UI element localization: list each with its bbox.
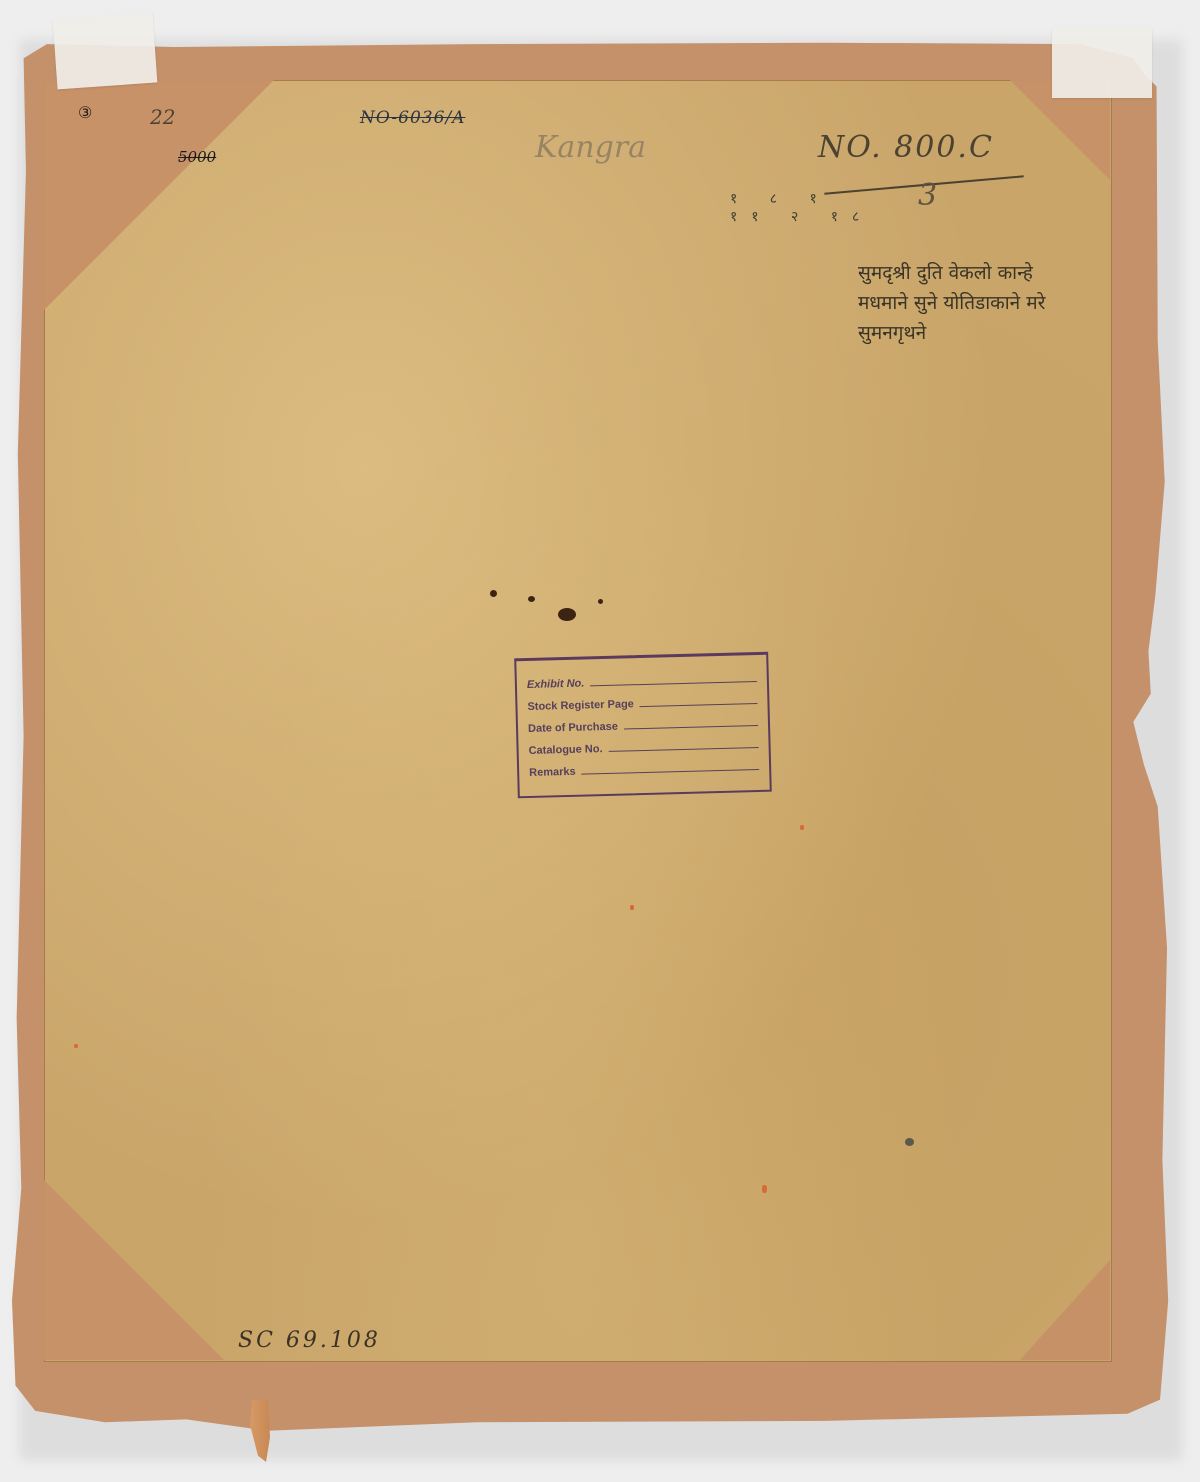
catalog-fraction: 3 — [918, 178, 937, 213]
tape-top-left — [53, 13, 158, 90]
old-inventory-number: NO-6036/A — [360, 108, 465, 128]
inscription-line: सुमनगृथने — [858, 318, 1128, 348]
stain — [558, 608, 576, 621]
devanagari-inscription: सुमदृश्री दुति वेकलो कान्हे मधमाने सुने … — [858, 258, 1128, 348]
stain — [528, 596, 535, 602]
circled-number: ③ — [78, 103, 92, 122]
stain — [762, 1185, 767, 1193]
stain — [905, 1138, 914, 1146]
devanagari-numbers-row2: ११ २ १८ — [730, 208, 873, 226]
school-label: Kangra — [535, 130, 646, 165]
tape-top-right — [1052, 28, 1152, 98]
museum-stamp: Exhibit No. Stock Register Page Date of … — [514, 652, 772, 799]
devanagari-numbers-row1: १ ८ १ — [730, 190, 873, 208]
accession-number: SC 69.108 — [238, 1328, 381, 1353]
stain — [74, 1044, 78, 1048]
catalog-number: NO. 800.C — [818, 130, 994, 165]
devanagari-numbers: १ ८ १ ११ २ १८ — [730, 190, 873, 226]
pencil-number: 22 — [150, 105, 175, 129]
inscription-line: सुमदृश्री दुति वेकलो कान्हे — [858, 258, 1128, 288]
struck-number: 5000 — [178, 148, 216, 166]
stain — [598, 599, 603, 604]
inscription-line: मधमाने सुने योतिडाकाने मरे — [858, 288, 1128, 318]
stain — [490, 590, 497, 597]
stain — [630, 905, 634, 910]
stain — [800, 825, 804, 830]
